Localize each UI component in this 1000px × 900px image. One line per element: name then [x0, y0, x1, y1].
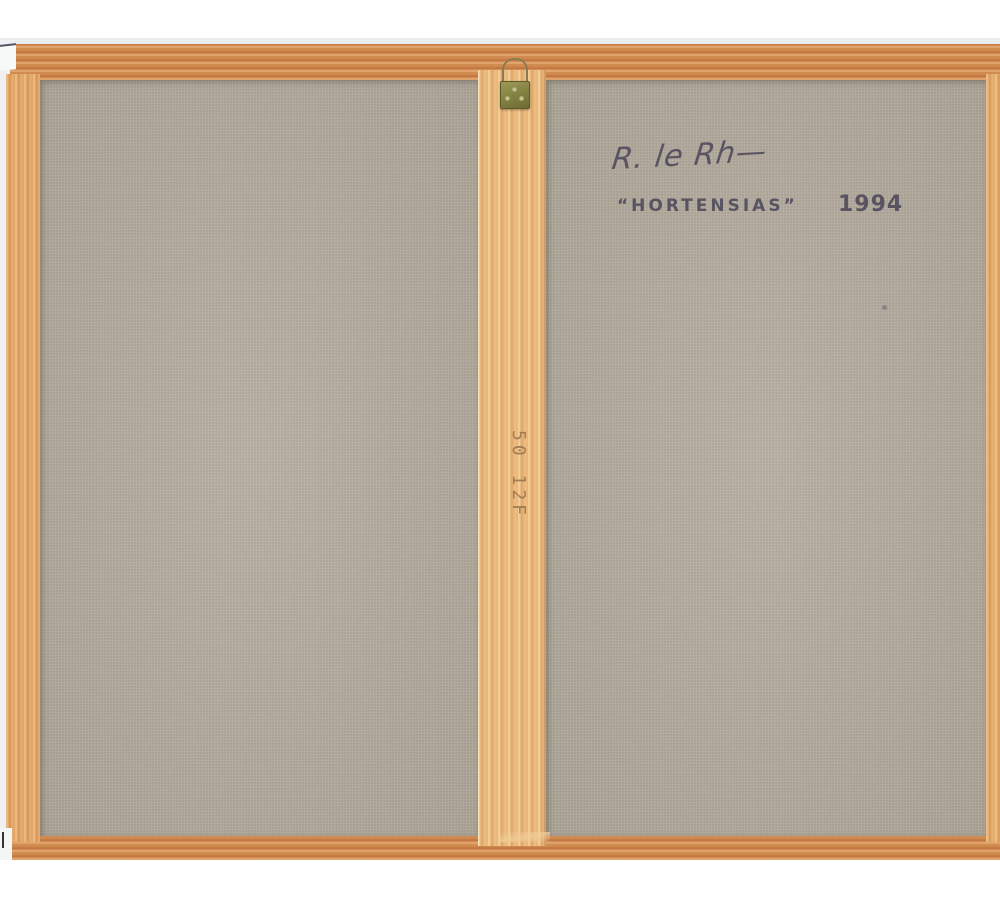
- canvas-panel-right: [546, 80, 986, 836]
- screw-icon: [519, 96, 524, 101]
- canvas-back-photo: R. le Rh— “HORTENSIAS” 1994 50 12F: [0, 0, 1000, 900]
- painting-title: “HORTENSIAS”: [617, 196, 798, 216]
- painting-year: 1994: [838, 192, 903, 217]
- hanger-bracket-icon: [500, 81, 530, 109]
- paper-scrap-bottom-left: [0, 828, 12, 860]
- wood-splinter: [500, 832, 550, 842]
- stretcher-left-rail: [6, 74, 40, 842]
- stretcher-right-rail: [986, 74, 1000, 842]
- screw-icon: [505, 96, 510, 101]
- paper-scrap-top-left: [0, 43, 16, 71]
- stretcher-size-stamp: 50 12F: [508, 430, 529, 519]
- canvas-panel-left: [40, 80, 478, 836]
- screw-icon: [512, 87, 517, 92]
- canvas-spot: [882, 305, 887, 310]
